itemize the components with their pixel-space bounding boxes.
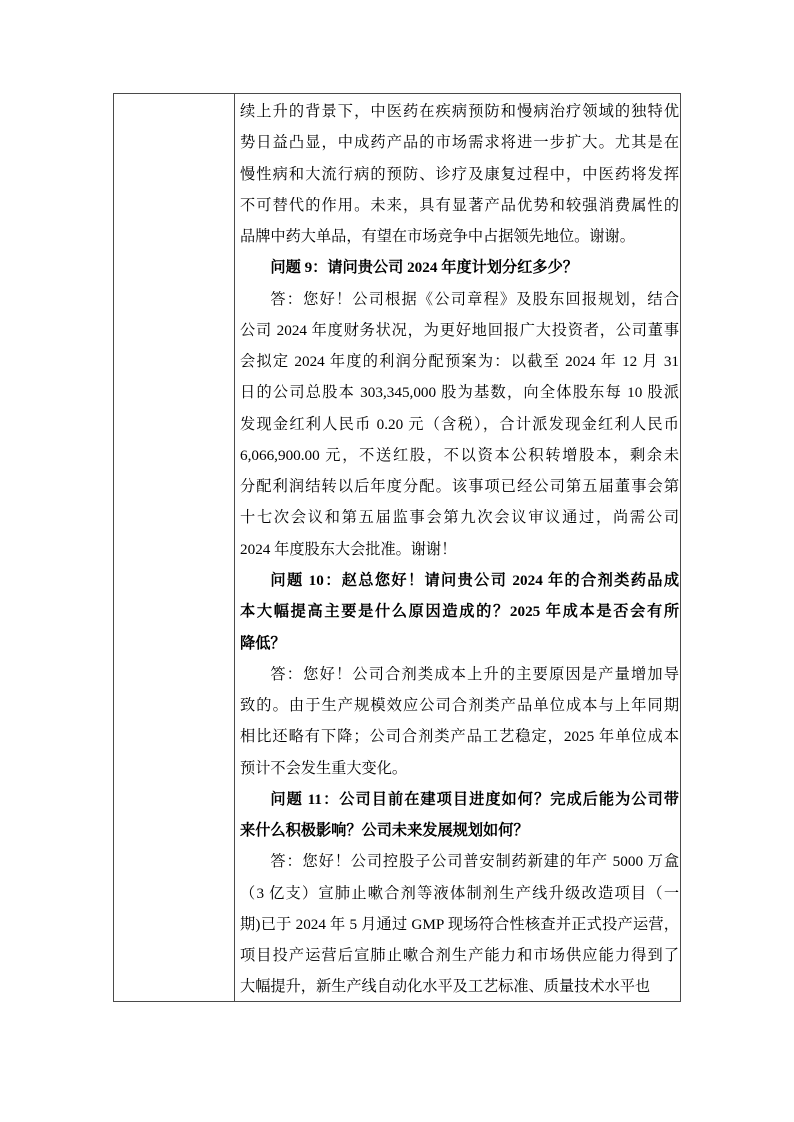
- text-line: 问题 10：赵总您好！请问贵公司 2024 年的合剂类药品成: [240, 565, 679, 596]
- text-line: 降低？: [240, 628, 679, 659]
- text-line: 不可替代的作用。未来，具有显著产品优势和较强消费属性的: [240, 190, 679, 221]
- text-line: 预计不会发生重大变化。: [240, 753, 679, 784]
- text-line: 答：您好！公司控股子公司普安制药新建的年产 5000 万盒: [240, 846, 679, 877]
- text-line: （3 亿支）宣肺止嗽合剂等液体制剂生产线升级改造项目（一: [240, 878, 679, 909]
- text-line: 项目投产运营后宣肺止嗽合剂生产能力和市场供应能力得到了: [240, 940, 679, 971]
- text-line: 会拟定 2024 年度的利润分配预案为：以截至 2024 年 12 月 31: [240, 346, 679, 377]
- text-line: 问题 9：请问贵公司 2024 年度计划分红多少？: [240, 252, 679, 283]
- document-page: 续上升的背景下，中医药在疾病预防和慢病治疗领域的独特优势日益凸显，中成药产品的市…: [0, 0, 794, 1122]
- paragraph-answer: 答：您好！公司控股子公司普安制药新建的年产 5000 万盒（3 亿支）宣肺止嗽合…: [240, 846, 679, 1001]
- text-line: 相比还略有下降；公司合剂类产品工艺稳定，2025 年单位成本: [240, 721, 679, 752]
- paragraph-question: 问题 11：公司目前在建项目进度如何？完成后能为公司带来什么积极影响？公司未来发…: [240, 784, 679, 847]
- text-line: 本大幅提高主要是什么原因造成的？2025 年成本是否会有所: [240, 596, 679, 627]
- table-left-cell: [114, 94, 235, 1001]
- table-right-cell: 续上升的背景下，中医药在疾病预防和慢病治疗领域的独特优势日益凸显，中成药产品的市…: [235, 94, 680, 1001]
- text-line: 势日益凸显，中成药产品的市场需求将进一步扩大。尤其是在: [240, 127, 679, 158]
- text-line: 十七次会议和第五届监事会第九次会议审议通过，尚需公司: [240, 502, 679, 533]
- text-line: 2024 年度股东大会批准。谢谢！: [240, 534, 679, 565]
- paragraph-question: 问题 9：请问贵公司 2024 年度计划分红多少？: [240, 252, 679, 283]
- qa-table: 续上升的背景下，中医药在疾病预防和慢病治疗领域的独特优势日益凸显，中成药产品的市…: [113, 93, 681, 1002]
- text-line: 公司 2024 年度财务状况，为更好地回报广大投资者，公司董事: [240, 315, 679, 346]
- text-line: 答：您好！公司合剂类成本上升的主要原因是产量增加导: [240, 659, 679, 690]
- text-line: 发现金红利人民币 0.20 元（含税），合计派发现金红利人民币: [240, 409, 679, 440]
- text-line: 问题 11：公司目前在建项目进度如何？完成后能为公司带: [240, 784, 679, 815]
- text-line: 品牌中药大单品，有望在市场竞争中占据领先地位。谢谢。: [240, 221, 679, 252]
- paragraph-answer: 答：您好！公司根据《公司章程》及股东回报规划，结合公司 2024 年度财务状况，…: [240, 284, 679, 565]
- text-line: 续上升的背景下，中医药在疾病预防和慢病治疗领域的独特优: [240, 96, 679, 127]
- paragraph-question: 问题 10：赵总您好！请问贵公司 2024 年的合剂类药品成本大幅提高主要是什么…: [240, 565, 679, 659]
- text-line: 分配利润结转以后年度分配。该事项已经公司第五届董事会第: [240, 471, 679, 502]
- paragraph-answer: 答：您好！公司合剂类成本上升的主要原因是产量增加导致的。由于生产规模效应公司合剂…: [240, 659, 679, 784]
- text-line: 大幅提升，新生产线自动化水平及工艺标准、质量技术水平也: [240, 971, 679, 1001]
- text-line: 答：您好！公司根据《公司章程》及股东回报规划，结合: [240, 284, 679, 315]
- text-line: 慢性病和大流行病的预防、诊疗及康复过程中，中医药将发挥: [240, 159, 679, 190]
- text-line: 来什么积极影响？公司未来发展规划如何？: [240, 815, 679, 846]
- paragraph-body: 续上升的背景下，中医药在疾病预防和慢病治疗领域的独特优势日益凸显，中成药产品的市…: [240, 96, 679, 252]
- text-line: 6,066,900.00 元，不送红股，不以资本公积转增股本，剩余未: [240, 440, 679, 471]
- text-line: 期)已于 2024 年 5 月通过 GMP 现场符合性核查并正式投产运营，: [240, 909, 679, 940]
- text-line: 致的。由于生产规模效应公司合剂类产品单位成本与上年同期: [240, 690, 679, 721]
- text-line: 日的公司总股本 303,345,000 股为基数，向全体股东每 10 股派: [240, 377, 679, 408]
